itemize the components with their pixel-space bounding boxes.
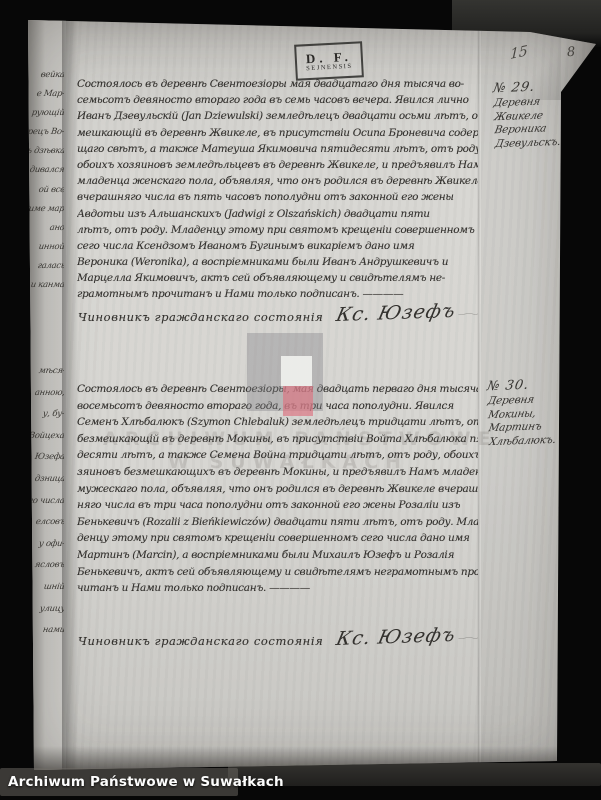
- archive-watermark-label: Archiwum Państwowe w Suwałkach: [0, 774, 284, 790]
- overlay-highlight-pink: [283, 386, 313, 416]
- scanned-register-photo: ARCHIWUM PAŃSTWOWE W SUWAŁKACH вейкае Ма…: [0, 0, 601, 800]
- archive-watermark-bar: Archiwum Państwowe w Suwałkach: [0, 768, 238, 796]
- overlay-patch-white: [281, 356, 312, 386]
